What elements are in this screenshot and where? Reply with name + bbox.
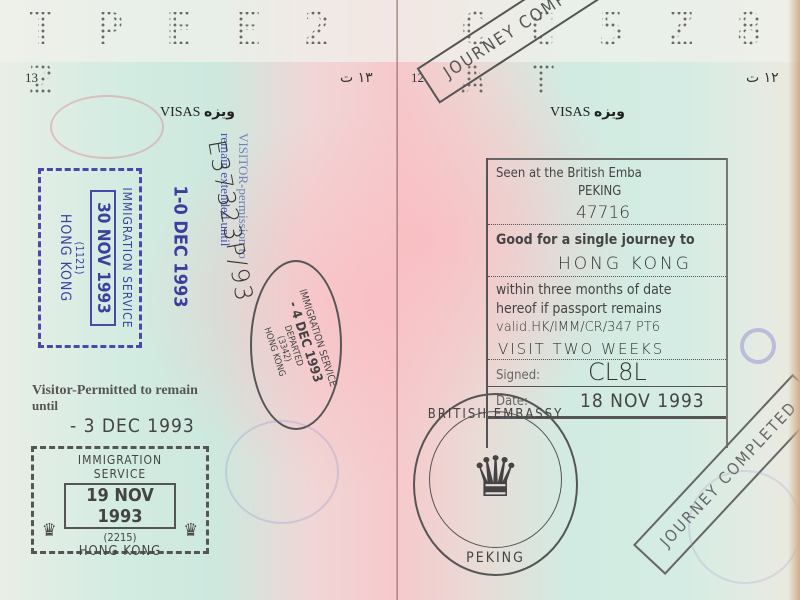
crown-icon: ♛ bbox=[183, 520, 198, 541]
hk-arrival-stamp-grey: IMMIGRATION SERVICE 19 NOV 1993 (2215) H… bbox=[31, 446, 209, 554]
visa-validity-ref: valid.HK/IMM/CR/347 PT6 bbox=[496, 320, 660, 335]
right-page: C C 5 Z 8 A T 12 ١٢ ت VISAS ويزه JOURNEY… bbox=[398, 0, 800, 600]
hk-departure-stamp: IMMIGRATION SERVICE - 4 DEC 1993 DEPARTE… bbox=[250, 260, 342, 430]
visa-good-for: Good for a single journey to bbox=[496, 232, 695, 248]
visa-visit-duration: VISIT TWO WEEKS bbox=[498, 340, 664, 358]
page-edge bbox=[788, 0, 800, 600]
faded-red-stamp bbox=[50, 95, 164, 159]
visitor-permit-text: Visitor-Permitted to remain bbox=[32, 383, 232, 399]
stamp-place-2: HONG KONG bbox=[34, 544, 206, 559]
visa-city: PEKING bbox=[578, 184, 621, 199]
stamp-service-1: IMMIGRATION bbox=[34, 453, 206, 467]
visitor-permitted-stamp: Visitor-Permitted to remain until - 3 DE… bbox=[32, 383, 232, 414]
visitor-permit-date: - 3 DEC 1993 bbox=[70, 415, 195, 437]
visas-text: VISAS bbox=[160, 105, 200, 120]
perforated-number: T P E E 2 2 bbox=[28, 4, 398, 106]
stamp-code: (1121) bbox=[73, 170, 86, 346]
arabic-page-number: ١٢ ت bbox=[746, 70, 779, 86]
page-number: 13 bbox=[25, 70, 38, 86]
extension-date: 1-0 DEC 1993 bbox=[170, 186, 191, 336]
visa-destination: HONG KONG bbox=[558, 254, 692, 274]
stamp-place: HONG KONG bbox=[57, 170, 73, 346]
visas-arabic: ويزه bbox=[204, 104, 235, 120]
visas-label: VISAS ويزه bbox=[160, 104, 235, 121]
faded-blue-stamp bbox=[225, 420, 339, 524]
faded-round-stamp bbox=[688, 470, 800, 584]
visa-signature: CL8L bbox=[588, 358, 647, 386]
left-page: T P E E 2 2 13 ١٣ ت VISAS ويزه IMMIGRATI… bbox=[0, 0, 398, 600]
visa-within-2: hereof if passport remains bbox=[496, 301, 662, 317]
visa-seen-at: Seen at the British Emba bbox=[496, 166, 642, 181]
visas-arabic: ويزه bbox=[594, 104, 625, 120]
hk-arrival-stamp-blue: IMMIGRATION SERVICE 30 NOV 1993 (1121) H… bbox=[38, 168, 142, 348]
visa-signed-label: Signed: bbox=[496, 368, 540, 383]
visas-label: VISAS ويزه bbox=[550, 104, 625, 121]
seal-bottom-text: PEKING bbox=[415, 550, 576, 566]
visa-number: 47716 bbox=[576, 203, 630, 223]
crown-icon: ♛ bbox=[42, 520, 57, 541]
stamp-code-2: (2215) bbox=[34, 531, 206, 544]
royal-coat-of-arms-icon: ♛ bbox=[415, 447, 576, 507]
arabic-page-number: ١٣ ت bbox=[340, 70, 373, 86]
british-embassy-seal: BRITISH EMBASSY ♛ PEKING bbox=[413, 393, 578, 576]
stamp-date: 30 NOV 1993 bbox=[90, 190, 116, 326]
stamp-date-2: 19 NOV 1993 bbox=[64, 483, 176, 529]
visa-date: 18 NOV 1993 bbox=[580, 390, 705, 412]
stamp-service-2: SERVICE bbox=[34, 467, 206, 481]
visa-within-1: within three months of date bbox=[496, 282, 671, 298]
visitor-permit-until: until bbox=[32, 398, 232, 414]
visas-text: VISAS bbox=[550, 105, 590, 120]
stamp-service: IMMIGRATION SERVICE bbox=[120, 170, 134, 346]
faded-purple-stamp bbox=[740, 328, 776, 364]
seal-top-text: BRITISH EMBASSY bbox=[415, 407, 576, 422]
